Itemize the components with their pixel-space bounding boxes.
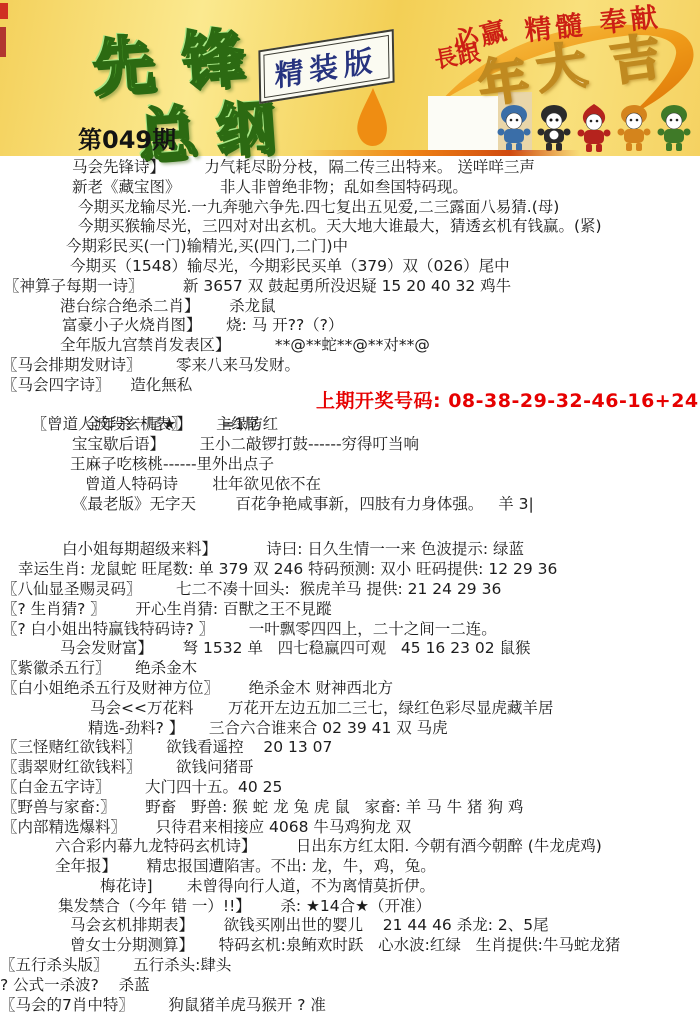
red-edge-mark: [0, 27, 6, 57]
tip-sheet-body: 马会先锋诗】 力气耗尽盼分枝，隔二传三出特来。 送咩咩三声 新老《藏宝图》 非人…: [0, 158, 700, 1015]
text-line: 今期彩民买(一门)输精光,买(四门,二门)中: [0, 237, 700, 257]
green-mascot-icon: [654, 104, 694, 154]
text-line: 〖内部精选爆料〗 只待君来相接应 4068 牛马鸡狗龙 双: [0, 818, 700, 838]
text-line: 〖曾道人波段玄机表〗 主绿防红 上期开奖号码: 08-38-29-32-46-1…: [0, 396, 700, 416]
masthead: 先锋 总纲 精装版 必赢 精髓 奉献 長跟 年 大 吉: [0, 0, 700, 156]
text-line: 今期买（1548）输尽光，今期彩民买单（379）双（026）尾中: [0, 257, 700, 277]
text-line: 马会发财富】 弩 1532 单 四七稳赢四可观 45 16 23 02 鼠猴: [0, 639, 700, 659]
text-line: 幸运生肖: 龙鼠蛇 旺尾数: 单 379 双 246 特码预测: 双小 旺码提供…: [0, 560, 700, 580]
text-line: 〖翡翠财红欲钱料〗 欲钱问猪哥: [0, 758, 700, 778]
text-line: 王麻子吃核桃------里外出点子: [0, 455, 700, 475]
text-line: 宝宝歇后语】 王小二敲锣打鼓------穷得叮当响: [0, 435, 700, 455]
red-flame-mascot-icon: [574, 104, 614, 154]
text-line: 白小姐每期超级来料】 诗曰: 日久生情一一来 色波提示: 绿蓝: [0, 540, 700, 560]
orange-smear: [300, 150, 580, 156]
text-line: 〖紫徽杀五行〗 绝杀金木: [0, 659, 700, 679]
text-line: 〖马会的7肖中特〗 狗鼠猪羊虎马猴开 ? 准: [0, 996, 700, 1016]
text-line: 精选-劲料? 】 三合六合谁来合 02 39 41 双 马虎: [0, 719, 700, 739]
text-line: 全年杀一尾★】 =1尾: [0, 415, 700, 435]
blue-mascot-icon: [494, 104, 534, 154]
text-line: 集发禁合（今年 错 一）!!】 杀: ★14合★（开准）: [0, 897, 700, 917]
text-line: 梅花诗] 未曾得向行人道，不为离情莫折伊。: [0, 877, 700, 897]
text-line: 〖五行杀头版〗 五行杀头:肆头: [0, 956, 700, 976]
text-line: 全年版九宫禁肖发表区】 **@**蛇**@**对**@: [0, 336, 700, 356]
text-line: 马会<<万花料 万花开左边五加二三七，绿红色彩尽显虎藏羊居: [0, 699, 700, 719]
text-line: 马会先锋诗】 力气耗尽盼分枝，隔二传三出特来。 送咩咩三声: [0, 158, 700, 178]
text-line: 〖马会排期发财诗〗 零来八来马发财。: [0, 356, 700, 376]
text-line: 〖? 生肖猜? 〗 开心生肖猜: 百獸之王不見蹤: [0, 600, 700, 620]
text-line: 全年报】 精忠报国遭陷害。不出: 龙，牛，鸡，兔。: [0, 857, 700, 877]
text-line: 〖? 白小姐出特赢钱特码诗? 〗 一叶飘零四四上，二十之间一二连。: [0, 620, 700, 640]
text-line: 〖神算子每期一诗〗 新 3657 双 鼓起勇所没迟疑 15 20 40 32 鸡…: [0, 277, 700, 297]
text-line: ? 公式一杀波? 杀蓝: [0, 976, 700, 996]
text-line: 新老《藏宝图》 非人非曾绝非物；乱如叁国特码现。: [0, 178, 700, 198]
text-line: 曾女士分期测算】 特码玄机:泉鲔欢时跃 心水波:红绿 生肖提供:牛马蛇龙猪: [0, 936, 700, 956]
text-line: 〖白小姐绝杀五行及财神方位〗 绝杀金木 财神西北方: [0, 679, 700, 699]
previous-draw-numbers: 上期开奖号码: 08-38-29-32-46-16+24: [316, 392, 699, 412]
orange-teardrop-shape: [352, 86, 394, 152]
text-line: 〖八仙显圣赐灵码〗 七二不凑十回头: 猴虎羊马 提供: 21 24 29 36: [0, 580, 700, 600]
text-line: 今期买猴输尽光，三四对对出玄机。天大地大谁最大，猜透玄机有钱赢。(紧): [0, 217, 700, 237]
text-line: 富豪小子火烧肖图】 烧: 马 开??（?）: [0, 316, 700, 336]
text-line: 《最老版》无字天 百花争艳咸事新，四肢有力身体强。 羊 3|: [0, 495, 700, 515]
text-line: 马会玄机排期表】 欲钱买刚出世的婴儿 21 44 46 杀龙: 2、5尾: [0, 916, 700, 936]
orange-mascot-icon: [614, 104, 654, 154]
text-line: 〖三怪赌红欲钱料〗 欲钱看遥控 20 13 07: [0, 738, 700, 758]
banner-char: 大: [531, 25, 591, 103]
lottery-tip-sheet: 先锋 总纲 精装版 必赢 精髓 奉献 長跟 年 大 吉: [0, 0, 700, 1017]
text-line: 今期买龙输尽光.一九奔驰六争先.四七复出五见爱,二三露面八易猜.(母): [0, 198, 700, 218]
text-line: 港台综合绝杀二肖】 杀龙鼠: [0, 297, 700, 317]
text-line: 六合彩内幕九龙特码玄机诗】 日出东方红太阳. 今朝有酒今朝醉 (牛龙虎鸡): [0, 837, 700, 857]
text-line: 〖野兽与家畜:〗 野畜 野兽: 猴 蛇 龙 兔 虎 鼠 家畜: 羊 马 牛 猪 …: [0, 798, 700, 818]
banner-char: 吉: [605, 17, 665, 95]
panda-mascot-icon: [534, 104, 574, 154]
text-line: 曾道人特码诗 壮年欲见依不在: [0, 475, 700, 495]
mascot-row: [494, 104, 694, 154]
red-edge-mark: [0, 3, 8, 19]
issue-number: 第049期: [78, 120, 176, 155]
text-line: 〖白金五字诗〗 大门四十五。40 25: [0, 778, 700, 798]
